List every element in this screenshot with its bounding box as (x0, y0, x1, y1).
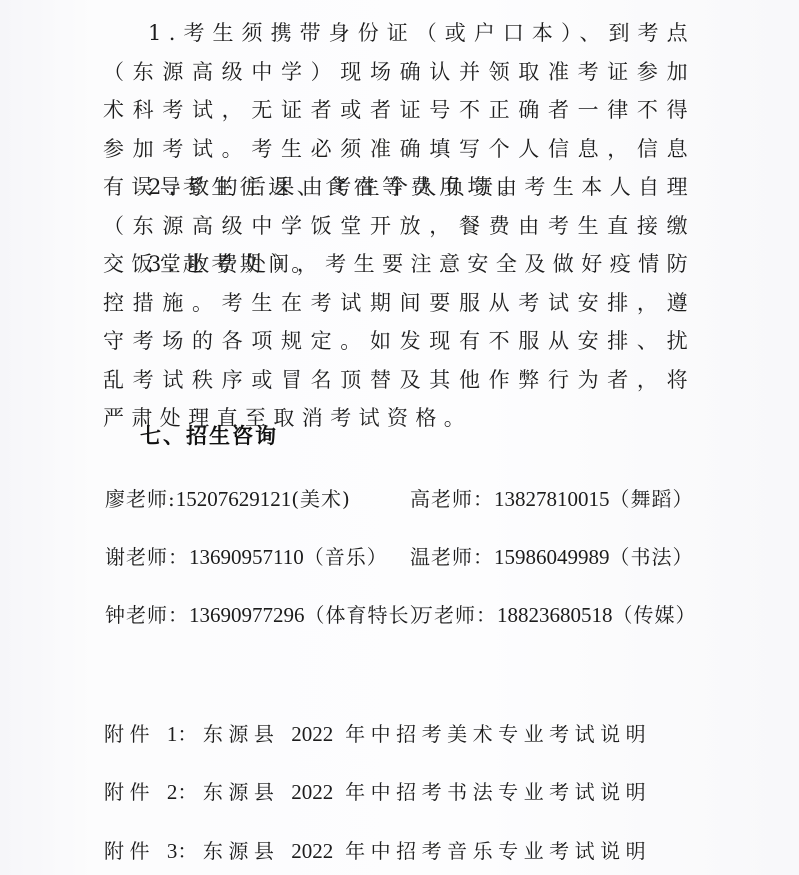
attachment-title: 年中招考书法专业考试说明 (345, 780, 651, 804)
section-heading-admission-consulting: 七、招生咨询 (140, 420, 278, 450)
contact-name: 温老师 (410, 545, 473, 569)
attachment-index: 3 (167, 839, 178, 863)
contact-item: 廖老师:15207629121(美术) (105, 483, 351, 512)
attachment-index: 1 (167, 722, 178, 746)
contact-separator: ： (473, 487, 494, 511)
notice-item-3: 3.赴考期间，考生要注意安全及做好疫情防控措施。考生在考试期间要服从考试安排，遵… (103, 245, 695, 438)
attachment-separator: ： (177, 722, 203, 746)
contact-name: 钟老师 (105, 603, 168, 627)
attachment-item: 附件 1：东源县 2022 年中招考美术专业考试说明 (104, 718, 651, 747)
attachment-label: 附件 (104, 780, 155, 804)
attachment-title: 年中招考音乐专业考试说明 (345, 839, 651, 863)
contact-phone: 15986049989 (494, 545, 610, 569)
contact-name: 高老师 (410, 487, 473, 511)
notice-number: 2. (148, 175, 183, 199)
attachment-index: 2 (167, 780, 178, 804)
notice-number: 3. (148, 252, 183, 276)
contact-separator: ： (473, 545, 494, 569)
attachment-prefix: 东源县 (203, 722, 280, 746)
contact-phone: 13690957110 (189, 545, 304, 569)
attachment-title: 年中招考美术专业考试说明 (345, 722, 651, 746)
contact-phone: 13827810015 (494, 487, 610, 511)
contact-phone: 13690977296 (189, 603, 305, 627)
attachment-year: 2022 (291, 839, 333, 863)
notice-number: 1. (148, 21, 183, 45)
contact-name: 谢老师 (105, 545, 168, 569)
contact-item: 万老师：18823680518（传媒） (413, 599, 697, 628)
attachment-label: 附件 (104, 839, 155, 863)
attachment-item: 附件 3：东源县 2022 年中招考音乐专业考试说明 (104, 835, 651, 864)
attachment-year: 2022 (291, 780, 333, 804)
attachment-prefix: 东源县 (203, 780, 280, 804)
contact-phone: 18823680518 (497, 603, 613, 627)
attachment-separator: ： (177, 780, 203, 804)
contact-separator: ： (476, 603, 497, 627)
contact-name: 万老师 (413, 603, 476, 627)
contact-separator: ： (168, 603, 189, 627)
attachment-label: 附件 (104, 722, 155, 746)
contact-subject: （舞蹈） (610, 487, 694, 511)
contact-item: 谢老师：13690957110（音乐） (105, 541, 388, 570)
attachment-prefix: 东源县 (203, 839, 280, 863)
document-page: 1.考生须携带身份证（或户口本）、到考点（东源高级中学）现场确认并领取准考证参加… (0, 0, 799, 875)
contact-item: 高老师：13827810015（舞蹈） (410, 483, 694, 512)
contact-subject: （音乐） (304, 545, 388, 569)
contact-item: 钟老师：13690977296（体育特长） (105, 599, 431, 628)
contact-name: 廖老师 (105, 487, 168, 511)
contact-subject: （书法） (610, 545, 694, 569)
contact-subject: （传媒） (613, 603, 697, 627)
contact-separator: : (168, 487, 176, 511)
contact-subject: （体育特长） (305, 603, 431, 627)
notice-text: 赴考期间，考生要注意安全及做好疫情防控措施。考生在考试期间要服从考试安排，遵守考… (103, 252, 695, 430)
attachment-year: 2022 (291, 722, 333, 746)
attachment-separator: ： (177, 839, 203, 863)
contact-phone: 15207629121 (176, 487, 292, 511)
attachment-item: 附件 2：东源县 2022 年中招考书法专业考试说明 (104, 776, 651, 805)
contact-item: 温老师：15986049989（书法） (410, 541, 694, 570)
contact-separator: ： (168, 545, 189, 569)
contact-subject: (美术) (291, 487, 351, 511)
